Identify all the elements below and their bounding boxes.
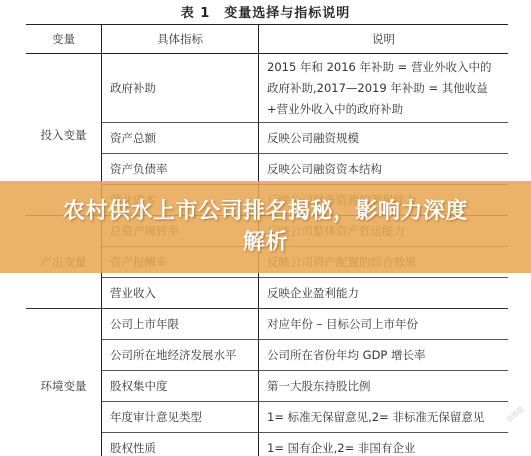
header-description: 说明 (259, 25, 509, 54)
table-header-row: 变量 具体指标 说明 (26, 25, 508, 54)
indicator-cell: 股权集中度 (102, 371, 259, 402)
group-label-environment: 环境变量 (26, 309, 102, 456)
table-number: 表 1 (181, 6, 211, 21)
description-cell: 公司所在省份年均 GDP 增长率 (259, 340, 509, 371)
description-cell: 反映企业盈利能力 (259, 278, 509, 309)
description-cell: 2015 年和 2016 年补助 = 营业外收入中的政府补助,2017—2019… (259, 54, 509, 123)
table-row: 投入变量 政府补助 2015 年和 2016 年补助 = 营业外收入中的政府补助… (26, 54, 508, 123)
indicator-cell: 营业收入 (102, 278, 259, 309)
indicator-cell: 资产总额 (102, 123, 259, 154)
table-row: 环境变量 公司上市年限 对应年份 – 目标公司上市年份 (26, 309, 508, 340)
indicator-cell: 公司所在地经济发展水平 (102, 340, 259, 371)
indicator-cell: 股权性质 (102, 433, 259, 456)
table-caption: 表 1变量选择与指标说明 (0, 2, 531, 21)
description-cell: 对应年份 – 目标公司上市年份 (259, 309, 509, 340)
header-variable: 变量 (26, 25, 102, 54)
indicator-cell: 政府补助 (102, 54, 259, 123)
description-cell: 1= 国有企业,2= 非国有企业 (259, 433, 509, 456)
description-cell: 反映公司融资规模 (259, 123, 509, 154)
indicator-cell: 资产负债率 (102, 154, 259, 185)
description-cell: 第一大股东持股比例 (259, 371, 509, 402)
header-indicator: 具体指标 (102, 25, 259, 54)
headline-banner: 农村供水上市公司排名揭秘，影响力深度解析 (0, 181, 531, 273)
indicator-cell: 年度审计意见类型 (102, 402, 259, 433)
table-title: 变量选择与指标说明 (224, 6, 350, 21)
description-cell: 1= 标准无保留意见,2= 非标准无保留意见 (259, 402, 509, 433)
indicator-cell: 公司上市年限 (102, 309, 259, 340)
description-cell: 反映公司融资资本结构 (259, 154, 509, 185)
headline-text: 农村供水上市公司排名揭秘，影响力深度解析 (56, 196, 476, 258)
